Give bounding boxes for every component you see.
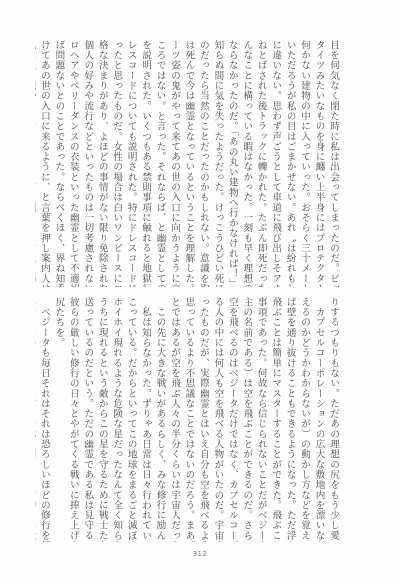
text-block-bottom: りするつもりもない。ただあの理想の尻をもう少し愛でたいだけなのだ。 カプセルコー… bbox=[35, 297, 340, 542]
text-column: こっている。だからといってこの地球をまるごと滅ぼすような恐ろしい敵が bbox=[123, 297, 137, 542]
text-column: 飛ぶことは簡単にマスターすることができた。飛ぶことを覚えるのは必須 bbox=[268, 297, 282, 542]
text-column: 私は知らなかった。ずりゃあ日常は日々行われているし戦争や紛争もお bbox=[138, 297, 152, 542]
text-column: 目を何気なく閉た時に私は出会ってしまったのだ。ピッタリとした全身 bbox=[326, 40, 340, 287]
text-column: ば問題ないとのことであった。ならべくほく、界ね知手前に心残りをれ付 bbox=[51, 40, 65, 287]
text-column: 彼らの厳しい修行の日々とやがてくる戦いに捧え上げられた素晴らしい bbox=[65, 297, 79, 542]
text-column: 事項であった。何故なら信じられないことだがベジータ（理想の尻の持ち bbox=[253, 297, 267, 542]
text-column: えるのかどうかわからないが）の動かし方などを覚えていった。集中すれ bbox=[297, 297, 311, 542]
text-column: ば壁を通り抜けることもできるようになった。ただ浮かんでいるので空を bbox=[282, 297, 296, 542]
text-column: いただろうが私の目はごまかせない。あれ〝は紛れもしまめた理想の尻 bbox=[282, 40, 296, 287]
text-column: うちに現れるという敵からこの星を守るために戦士たちは修行の日々を bbox=[94, 297, 108, 542]
text-column: 主の名前である）は空を飛ぶことができるのだ。さらに驚くべきことには bbox=[239, 297, 253, 542]
text-column: 思っているより不思議なことではないのだろう。まあ、あとでわかったこ bbox=[181, 297, 195, 542]
text-column: に違いない。思わず声ごうとして車道に飛び出しそアカーに激く危ご跳 bbox=[268, 40, 282, 287]
text-column: ったと思ったものだ。女性の場合は白いワンピースにロングヘアという厳 bbox=[109, 40, 123, 287]
text-column: とではあるが空を飛ぶ人々の半分くらいは宇宙人だったが。 bbox=[167, 297, 181, 542]
text-column: ころではない。と言った。それならば、と幽霊としての心得のようなもの bbox=[152, 40, 166, 287]
text-column: ホイホイ現れるような危険な星だったなんて全く知らなかったのだ。近い bbox=[109, 297, 123, 542]
text-column: を説明された。いくつもある禁則事項に触れると地獄行きとなることやド bbox=[138, 40, 152, 287]
text-column: る人の中には何人も空を飛べる人物がいたのだ。宇宙人か何かなのかと疑 bbox=[210, 297, 224, 542]
text-column: 知らぬ間に気を失ったようだった。けっこうひどい死に方をしたはずかのな bbox=[210, 40, 224, 287]
text-column: んなことに構っている暇はなかった。一刻も早く理想の尻の元へ行かねば bbox=[239, 40, 253, 287]
text-column: ねとばされた後トラックに轢かれた。たぶん即死だったのだろう。だがそ bbox=[253, 40, 267, 287]
text-column: ったものだが、実際幽霊とはいえ自分も空を飛べるようになったわけだし bbox=[195, 297, 209, 542]
text-column: ベジータも毎日それはそれは恐ろしいほどの修行を行っていた。いつ死 bbox=[36, 297, 50, 542]
text-column: ロヘアやベリーダンスの衣装といった幽霊として不適切なものでなけれ bbox=[65, 40, 79, 287]
book-page: 目を何気なく閉た時に私は出会ってしまったのだ。ピッタリとした全身 タイツみたいな… bbox=[0, 0, 400, 578]
text-column: 個人の好みや流行などといったものは一切考慮されない。男の場合はアフ bbox=[80, 40, 94, 287]
text-column: 空を飛べるのはベジータだけではなく、カプセルコーポレーションを訪れ bbox=[224, 297, 238, 542]
text-column: ーツ姿の鬼がやって来てあの世の入口に向かうように言われたがそれど bbox=[167, 40, 181, 287]
text-column: は死んで今は幽霊となっているということを理解した。案内人だというス bbox=[181, 40, 195, 287]
text-column: カプセルコーポレーションの広大な敷地内を漂いながら私は身体（とい bbox=[311, 297, 325, 542]
text-column: けてあの世の入口に来るように、と言葉を押し案内人は帰っていった。 bbox=[36, 40, 50, 287]
text-column: 送っているのだという。ただの幽霊である私は見守ることしかできない。 bbox=[80, 297, 94, 542]
text-block-top: 目を何気なく閉た時に私は出会ってしまったのだ。ピッタリとした全身 タイツみたいな… bbox=[35, 40, 340, 287]
text-column: タイツみたいなものを身に纏い上半身にはプロテクターをつけた人物が bbox=[311, 40, 325, 287]
text-column: レスコードについても説明された。特にドレスコードについては男で良か bbox=[123, 40, 137, 287]
text-column: りするつもりもない。ただあの理想の尻をもう少し愛でたいだけなのだ。 bbox=[326, 297, 340, 542]
text-column: この先に大きな戦いがあるらしく、みな修行に励んでいるそうだ。 bbox=[152, 297, 166, 542]
page-number: 312 bbox=[0, 550, 400, 558]
text-column: ならなかったのだ。「あの丸い建物へ行かなければ！」と気持ちだけが焦り bbox=[224, 40, 238, 287]
text-column: 格な決まりがあり、よほどの事情がない限り免除されないらしい。そこに bbox=[94, 40, 108, 287]
text-column: 尻たちを。 bbox=[51, 297, 65, 542]
text-column: 何かない建物の中に入っていった。おそらく三十メートルくらいは離れて bbox=[297, 40, 311, 287]
text-column: のだったら当然のことだったのかもしれない。意識を取り戻した私は、自分 bbox=[195, 40, 209, 287]
